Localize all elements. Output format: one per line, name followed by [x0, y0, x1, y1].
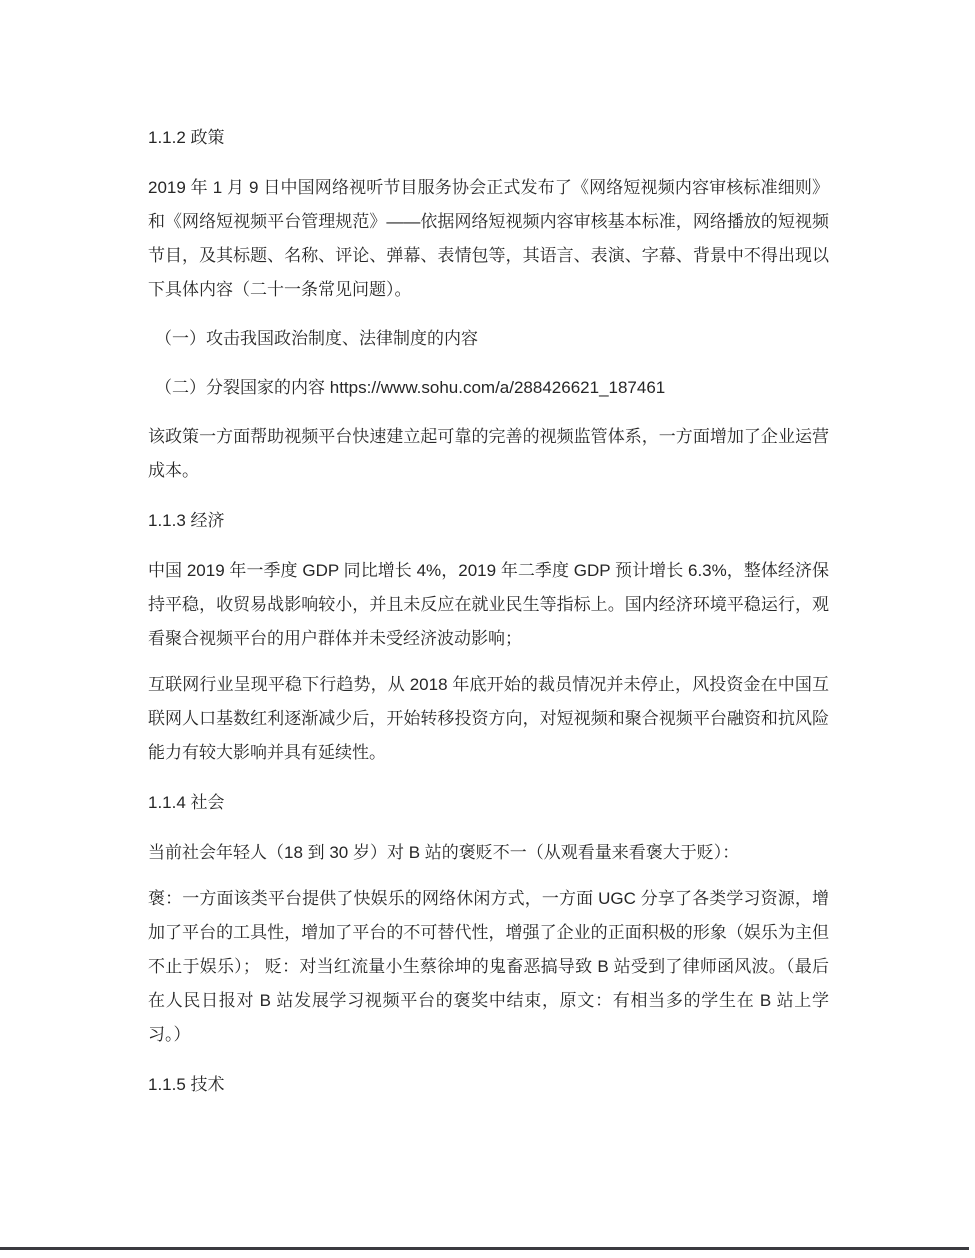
- heading-1-1-2-policy: 1.1.2 政策: [148, 121, 829, 155]
- internet-industry-paragraph: 互联网行业呈现平稳下行趋势，从 2018 年底开始的裁员情况并未停止，风投资金在…: [148, 668, 829, 770]
- gdp-growth-paragraph: 中国 2019 年一季度 GDP 同比增长 4%，2019 年二季度 GDP 预…: [148, 554, 829, 656]
- list-item-one: （一）攻击我国政治制度、法律制度的内容: [148, 322, 829, 356]
- document-content: 1.1.2 政策 2019 年 1 月 9 日中国网络视听节目服务协会正式发布了…: [148, 121, 829, 1118]
- window-bottom-border: [0, 1247, 969, 1250]
- heading-1-1-3-economy: 1.1.3 经济: [148, 504, 829, 538]
- praise-criticism-paragraph: 褒：一方面该类平台提供了快娱乐的网络休闲方式，一方面 UGC 分享了各类学习资源…: [148, 882, 829, 1052]
- heading-1-1-4-society: 1.1.4 社会: [148, 786, 829, 820]
- policy-announcement-paragraph: 2019 年 1 月 9 日中国网络视听节目服务协会正式发布了《网络短视频内容审…: [148, 171, 829, 307]
- policy-effect-paragraph: 该政策一方面帮助视频平台快速建立起可靠的完善的视频监管体系，一方面增加了企业运营…: [148, 420, 829, 488]
- youth-attitude-paragraph: 当前社会年轻人（18 到 30 岁）对 B 站的褒贬不一（从观看量来看褒大于贬）…: [148, 836, 829, 870]
- heading-1-1-5-technology: 1.1.5 技术: [148, 1068, 829, 1102]
- list-item-two-label: （二）分裂国家的内容: [155, 378, 330, 397]
- list-item-two: （二）分裂国家的内容 https://www.sohu.com/a/288426…: [148, 371, 829, 405]
- sohu-url-text: https://www.sohu.com/a/288426621_187461: [330, 378, 666, 397]
- document-page: 1.1.2 政策 2019 年 1 月 9 日中国网络视听节目服务协会正式发布了…: [0, 0, 975, 1258]
